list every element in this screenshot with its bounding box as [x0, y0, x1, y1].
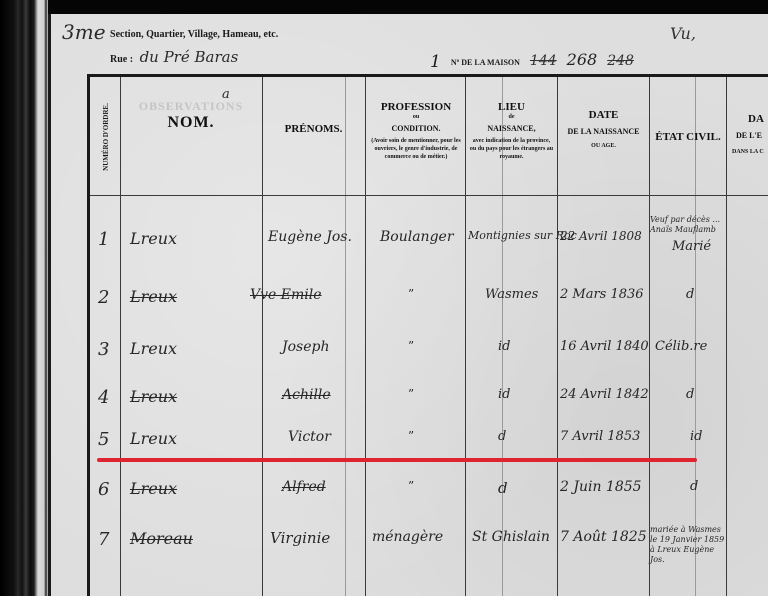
row-number: 3 [98, 339, 109, 360]
house-number-struck-2: 248 [607, 53, 634, 69]
row-etat: d [690, 479, 698, 494]
row-etat: d [686, 287, 694, 302]
row-nom: Lreux [130, 229, 177, 248]
row-number: 5 [98, 429, 109, 450]
row-profession: ” [408, 429, 414, 443]
house-number-current: 268 [567, 50, 598, 69]
row-nom: Lreux [130, 387, 177, 406]
row-number: 7 [98, 529, 109, 550]
table-row: 3 Lreux Joseph ” id 16 Avril 1840 Célib.… [90, 339, 768, 391]
table-row: 1 Lreux Eugène Jos. Boulanger Montignies… [90, 229, 768, 281]
row-profession: ” [408, 479, 414, 493]
row-profession: ” [408, 387, 414, 401]
house-number-struck-1: 144 [530, 53, 557, 69]
row-number: 6 [98, 479, 109, 500]
row-date: 24 Avril 1842 [560, 387, 649, 402]
header-divider [90, 195, 768, 196]
header-next-partial: DA DE L'E DANS LA C [730, 113, 768, 156]
row-prenom: Joseph [282, 339, 330, 355]
section-label: Section, Quartier, Village, Hameau, etc. [110, 29, 278, 40]
table-row: 5 Lreux Victor ” d 7 Avril 1853 id [90, 429, 768, 481]
row-prenom: Vve Emile [250, 287, 322, 303]
row-profession: ” [408, 287, 414, 301]
row-etat-note: mariée à Wasmes le 19 Janvier 1859 à Lre… [650, 525, 730, 565]
section-header: 3me Section, Quartier, Village, Hameau, … [62, 18, 278, 42]
book-binding [0, 0, 50, 596]
street-line: Rue : du Pré Baras [110, 48, 238, 66]
header-etat-civil: ÉTAT CIVIL. [650, 131, 726, 143]
red-annotation-line [97, 458, 697, 462]
row-nom: Lreux [130, 479, 177, 498]
table-row: 2 Lreux Vve Emile ” Wasmes 2 Mars 1836 d [90, 287, 768, 339]
row-prenom: Achille [282, 387, 331, 403]
header-profession: PROFESSION ou CONDITION. (Avoir soin de … [368, 101, 464, 161]
row-profession: Boulanger [380, 229, 454, 245]
corner-signature-note: Vu, [670, 24, 696, 43]
row-etat-note: Veuf par décès ... Anaïs Mauflamb [650, 215, 730, 235]
row-etat: id [690, 429, 702, 444]
register-table: NUMÉRO D'ORDRE. OBSERVATIONS NOM. a PRÉN… [87, 74, 768, 596]
header-lieu: LIEU de NAISSANCE, avec indication de la… [467, 101, 556, 161]
row-profession: ménagère [372, 529, 443, 545]
row-number: 4 [98, 387, 109, 408]
ghost-print: OBSERVATIONS [120, 99, 262, 114]
rue-label: Rue : [110, 54, 133, 65]
row-nom: Lreux [130, 429, 177, 448]
header-prenoms: PRÉNOMS. [262, 123, 365, 135]
row-lieu: St Ghislain [472, 529, 550, 545]
row-lieu: id [498, 339, 510, 354]
row-prenom: Eugène Jos. [268, 229, 352, 245]
row-prenom: Victor [288, 429, 331, 445]
house-number-prefix: 1 [430, 52, 441, 72]
header-nom: OBSERVATIONS NOM. [120, 99, 262, 132]
row-number: 1 [98, 229, 109, 250]
row-date: 2 Juin 1855 [560, 479, 642, 495]
row-lieu: d [498, 429, 506, 444]
row-etat: Célib.re [655, 339, 707, 354]
house-number-line: 1 Nº DE LA MAISON 144 268 248 [430, 50, 634, 70]
row-nom: Lreux [130, 339, 177, 358]
row-lieu: d [498, 479, 508, 497]
row-nom: Lreux [130, 287, 177, 306]
row-nom: Moreau [130, 529, 193, 548]
house-number-label: Nº DE LA MAISON [451, 58, 520, 67]
row-date: 7 Avril 1853 [560, 429, 640, 444]
row-profession: ” [408, 339, 414, 353]
row-etat: Marié [672, 239, 711, 254]
row-date: 22 Avril 1808 [560, 229, 642, 243]
row-date: 16 Avril 1840 [560, 339, 649, 354]
row-date: 2 Mars 1836 [560, 287, 644, 302]
header-date: DATE DE LA NAISSANCE OU AGE. [558, 109, 649, 150]
section-number-handwritten: 3me [62, 20, 106, 44]
header-numero: NUMÉRO D'ORDRE. [96, 87, 116, 187]
header-nom-note: a [222, 87, 230, 102]
row-lieu: Wasmes [485, 287, 538, 302]
rue-value: du Pré Baras [140, 48, 239, 66]
row-etat: d [686, 387, 694, 402]
row-number: 2 [98, 287, 109, 308]
table-row: 6 Lreux Alfred ” d 2 Juin 1855 d [90, 479, 768, 531]
row-prenom: Virginie [270, 529, 330, 547]
table-row: 7 Moreau Virginie ménagère St Ghislain 7… [90, 529, 768, 581]
row-lieu: id [498, 387, 510, 402]
row-prenom: Alfred [282, 479, 326, 495]
row-date: 7 Août 1825 [560, 529, 647, 545]
